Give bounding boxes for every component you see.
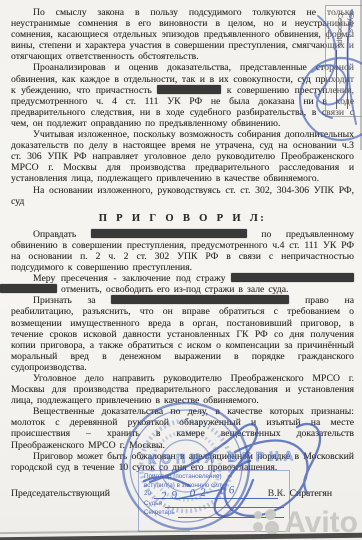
- verdict-heading: П Р И Г О В О Р И Л:: [11, 213, 354, 224]
- blank-line: [165, 500, 284, 508]
- paragraph-referral: Учитывая изложенное, поскольку возможнос…: [11, 129, 354, 184]
- redaction-bar: [157, 85, 221, 94]
- paragraph-case-transfer: Уголовное дело направить руководителю Пр…: [11, 373, 354, 406]
- paragraph-custody: Меру пресечения - заключение под стражу …: [11, 273, 354, 295]
- corner-registry-stamp: Судья Секретарь: [325, 5, 362, 117]
- paragraph-analysis: Проанализировав и оценив доказательства,…: [11, 62, 354, 129]
- redaction-bar: [231, 273, 354, 282]
- verdict-text-block: По смыслу закона в пользу подсудимого то…: [0, 0, 362, 499]
- verdict-paragraphs: По смыслу закона в пользу подсудимого то…: [11, 7, 354, 473]
- corner-secretary-label: Секретарь: [336, 13, 343, 47]
- redaction-bar: [111, 295, 289, 304]
- scanned-verdict-page: По смыслу закона в пользу подсудимого то…: [0, 0, 362, 540]
- paragraph-acquittal: Оправдать по предъявленному обвинению в …: [11, 229, 354, 273]
- paragraph-presumption: По смыслу закона в пользу подсудимого то…: [11, 7, 354, 62]
- redaction-bar: [91, 229, 247, 238]
- blank-line: [347, 36, 355, 109]
- validity-line1: Приговор (постановление): [144, 473, 284, 482]
- presiding-judge-label: Председательствующий: [11, 488, 110, 499]
- redaction-bar: [0, 284, 57, 293]
- paragraph-basis: На основании изложенного, руководствуясь…: [11, 185, 354, 207]
- corner-stamp-secretary-line: Секретарь: [336, 13, 344, 109]
- blank-line: [336, 50, 344, 109]
- avito-logo-icon: [253, 509, 280, 536]
- corner-judge-label: Судья: [347, 13, 354, 33]
- paragraph-rehabilitation: Признать за право на реабилитацию, разъя…: [11, 295, 354, 373]
- corner-stamp-judge-line: Судья: [347, 13, 355, 109]
- paragraph-evidence: Вещественные доказательства по делу, в к…: [11, 406, 354, 450]
- avito-watermark: Avito: [253, 509, 358, 536]
- scan-edge-artifact: [0, 530, 190, 534]
- avito-watermark-label: Avito: [284, 509, 358, 536]
